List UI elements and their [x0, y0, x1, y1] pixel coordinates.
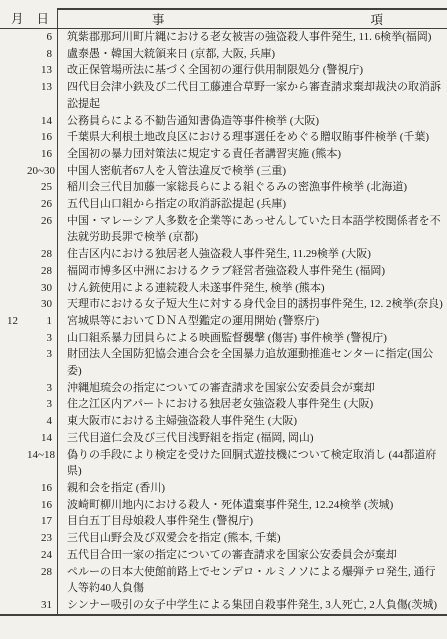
row-day: 3 — [27, 330, 57, 347]
table-row: 13 改正保管場所法に基づく全国初の運行供用制限処分 (警視庁) — [0, 62, 447, 79]
row-month — [0, 346, 27, 379]
row-month — [0, 480, 27, 497]
row-month — [0, 564, 27, 597]
row-event: 沖縄旭琉会の指定についての審査請求を国家公安委員会が棄却 — [57, 380, 447, 397]
row-date-cell: 25 — [0, 179, 57, 196]
row-date-cell: 14~18 — [0, 447, 57, 480]
row-month — [0, 547, 27, 564]
row-date-cell: 31 — [0, 597, 57, 614]
table-row: 3 沖縄旭琉会の指定についての審査請求を国家公安委員会が棄却 — [0, 380, 447, 397]
table-row: 16 全国初の暴力団対策法に規定する責任者講習実施 (熊本) — [0, 146, 447, 163]
row-date-cell: 17 — [0, 513, 57, 530]
row-event: ペルーの日本大使館前路上でセンデロ・ルミノソによる爆弾テロ発生, 通行人等約40… — [57, 564, 447, 597]
table-row: 26 五代目山口組から指定の取消訴訟提起 (兵庫) — [0, 196, 447, 213]
row-day: 14~18 — [27, 447, 60, 480]
row-day: 16 — [27, 146, 57, 163]
table-row: 8 盧泰愚・韓国大統領来日 (京都, 大阪, 兵庫) — [0, 46, 447, 63]
row-date-cell: 30 — [0, 280, 57, 297]
row-day: 20~30 — [27, 163, 60, 180]
row-month: 12 — [0, 313, 27, 330]
row-day: 30 — [27, 296, 57, 313]
row-event: 宮城県等においてＤＮＡ型鑑定の運用開始 (警察庁) — [57, 313, 447, 330]
row-day: 16 — [27, 497, 57, 514]
table-row: 16 波崎町柳川地内における殺人・死体遺棄事件発生, 12.24検挙 (茨城) — [0, 497, 447, 514]
row-month — [0, 213, 27, 246]
table-row: 6 筑紫郡那珂川町片縄における老女被害の強盗殺人事件発生, 11. 6検挙(福岡… — [0, 29, 447, 46]
row-day: 24 — [27, 547, 57, 564]
row-month — [0, 146, 27, 163]
table-row: 28 住吉区内における独居老人強盗殺人事件発生, 11.29検挙 (大阪) — [0, 246, 447, 263]
row-date-cell: 16 — [0, 129, 57, 146]
row-month — [0, 530, 27, 547]
row-month — [0, 447, 27, 480]
table-row: 17 目白五丁目母娘殺人事件発生 (警視庁) — [0, 513, 447, 530]
row-date-cell: 13 — [0, 62, 57, 79]
row-date-cell: 16 — [0, 480, 57, 497]
table-row: 24 五代目合田一家の指定についての審査請求を国家公安委員会が棄却 — [0, 547, 447, 564]
row-event: 全国初の暴力団対策法に規定する責任者講習実施 (熊本) — [57, 146, 447, 163]
month-column-header: 月 — [11, 9, 24, 27]
table-row: 16 千葉県大利根土地改良区における理事選任をめぐる贈収賄事件検挙 (千葉) — [0, 129, 447, 146]
row-day: 16 — [27, 480, 57, 497]
day-column-header: 日 — [37, 9, 50, 27]
row-month — [0, 380, 27, 397]
row-event: 東大阪市における主婦強盗殺人事件発生 (大阪) — [57, 413, 447, 430]
row-day: 13 — [27, 79, 57, 112]
row-event: 千葉県大利根土地改良区における理事選任をめぐる贈収賄事件検挙 (千葉) — [57, 129, 447, 146]
row-event: 五代目合田一家の指定についての審査請求を国家公安委員会が棄却 — [57, 547, 447, 564]
header-month-day: 月 日 — [0, 8, 57, 28]
row-day: 13 — [27, 62, 57, 79]
row-month — [0, 396, 27, 413]
row-day: 3 — [27, 380, 57, 397]
row-event: 住之江区内アパートにおける独居老女強盗殺人事件発生 (大阪) — [57, 396, 447, 413]
row-date-cell: 3 — [0, 330, 57, 347]
row-event: 盧泰愚・韓国大統領来日 (京都, 大阪, 兵庫) — [57, 46, 447, 63]
row-month — [0, 196, 27, 213]
table-row: 25 稲川会三代目加藤一家総長らによる組ぐるみの密漁事件検挙 (北海道) — [0, 179, 447, 196]
row-day: 28 — [27, 246, 57, 263]
row-month — [0, 280, 27, 297]
row-day: 23 — [27, 530, 57, 547]
row-date-cell: 8 — [0, 46, 57, 63]
row-day: 3 — [27, 346, 57, 379]
table-row: 3 山口組系暴力団員らによる映画監督襲撃 (傷害) 事件検挙 (警視庁) — [0, 330, 447, 347]
table-row: 23 三代目山野会及び双愛会を指定 (熊本, 千葉) — [0, 530, 447, 547]
table-body: 6 筑紫郡那珂川町片縄における老女被害の強盗殺人事件発生, 11. 6検挙(福岡… — [0, 29, 447, 614]
row-event: 稲川会三代目加藤一家総長らによる組ぐるみの密漁事件検挙 (北海道) — [57, 179, 447, 196]
row-event: 四代目会津小鉄及び二代目工藤連合草野一家から審査請求棄却裁決の取消訴訟提起 — [57, 79, 447, 112]
row-date-cell: 24 — [0, 547, 57, 564]
chronology-page: 月 日 事 項 6 筑紫郡那珂川町片縄における老女被害の強盗殺人事件発生, 11… — [0, 0, 447, 639]
row-day: 6 — [27, 29, 57, 46]
row-event: 波崎町柳川地内における殺人・死体遺棄事件発生, 12.24検挙 (茨城) — [57, 497, 447, 514]
row-event: 改正保管場所法に基づく全国初の運行供用制限処分 (警視庁) — [57, 62, 447, 79]
row-day: 1 — [27, 313, 57, 330]
table-row: 14 三代目道仁会及び三代目浅野組を指定 (福岡, 岡山) — [0, 430, 447, 447]
row-month — [0, 430, 27, 447]
row-event: 中国・マレーシア人多数を企業等にあっせんしていた日本語学校関係者を不法就労助長罪… — [57, 213, 447, 246]
event-header-right-char: 項 — [370, 10, 383, 28]
row-event: 偽りの手段により検定を受けた回胴式遊技機について検定取消し (44都道府県) — [57, 447, 447, 480]
row-day: 31 — [27, 597, 57, 614]
row-day: 28 — [27, 263, 57, 280]
table-row: 3 住之江区内アパートにおける独居老女強盗殺人事件発生 (大阪) — [0, 396, 447, 413]
row-day: 14 — [27, 430, 57, 447]
row-event: 福岡市博多区中洲におけるクラブ経営者強盗殺人事件発生 (福岡) — [57, 263, 447, 280]
row-month — [0, 513, 27, 530]
row-month — [0, 413, 27, 430]
row-event: 三代目山野会及び双愛会を指定 (熊本, 千葉) — [57, 530, 447, 547]
row-event: 三代目道仁会及び三代目浅野組を指定 (福岡, 岡山) — [57, 430, 447, 447]
row-day: 25 — [27, 179, 57, 196]
row-month — [0, 79, 27, 112]
table-row: 14~18 偽りの手段により検定を受けた回胴式遊技機について検定取消し (44都… — [0, 447, 447, 480]
table-row: 30 けん銃使用による連続殺人未遂事件発生, 検挙 (熊本) — [0, 280, 447, 297]
row-event: 公務員らによる不勧告通知書偽造等事件検挙 (大阪) — [57, 113, 447, 130]
row-date-cell: 16 — [0, 146, 57, 163]
row-day: 8 — [27, 46, 57, 63]
row-event: 筑紫郡那珂川町片縄における老女被害の強盗殺人事件発生, 11. 6検挙(福岡) — [57, 29, 447, 46]
row-day: 17 — [27, 513, 57, 530]
row-day: 30 — [27, 280, 57, 297]
row-day: 26 — [27, 196, 57, 213]
table-row: 14 公務員らによる不勧告通知書偽造等事件検挙 (大阪) — [0, 113, 447, 130]
row-date-cell: 26 — [0, 196, 57, 213]
table-bottom-rule — [0, 614, 447, 616]
row-date-cell: 20~30 — [0, 163, 57, 180]
row-month — [0, 179, 27, 196]
row-date-cell: 28 — [0, 246, 57, 263]
row-day: 28 — [27, 564, 57, 597]
row-day: 26 — [27, 213, 57, 246]
event-column-header: 事 項 — [57, 8, 447, 28]
row-date-cell: 16 — [0, 497, 57, 514]
table-header: 月 日 事 項 — [0, 8, 447, 29]
row-date-cell: 14 — [0, 430, 57, 447]
row-event: 天理市における女子短大生に対する身代金目的誘拐事件発生, 12. 2検挙(奈良) — [57, 296, 447, 313]
row-date-cell: 6 — [0, 29, 57, 46]
row-date-cell: 14 — [0, 113, 57, 130]
table-row: 26 中国・マレーシア人多数を企業等にあっせんしていた日本語学校関係者を不法就労… — [0, 213, 447, 246]
table-row: 20~30 中国人密航者67人を入管法違反で検挙 (三重) — [0, 163, 447, 180]
row-event: 財団法人全国防犯協会連合会を全国暴力追放運動推進センターに指定(国公委) — [57, 346, 447, 379]
table-row: 28 ペルーの日本大使館前路上でセンデロ・ルミノソによる爆弾テロ発生, 通行人等… — [0, 564, 447, 597]
row-date-cell: 26 — [0, 213, 57, 246]
row-day: 16 — [27, 129, 57, 146]
row-date-cell: 12 1 — [0, 313, 57, 330]
row-event: シンナー吸引の女子中学生による集団自殺事件発生, 3人死亡, 2人負傷(茨城) — [57, 597, 447, 614]
row-month — [0, 497, 27, 514]
row-month — [0, 246, 27, 263]
row-event: 中国人密航者67人を入管法違反で検挙 (三重) — [57, 163, 447, 180]
table-row: 3 財団法人全国防犯協会連合会を全国暴力追放運動推進センターに指定(国公委) — [0, 346, 447, 379]
row-month — [0, 296, 27, 313]
row-event: けん銃使用による連続殺人未遂事件発生, 検挙 (熊本) — [57, 280, 447, 297]
table-row: 13 四代目会津小鉄及び二代目工藤連合草野一家から審査請求棄却裁決の取消訴訟提起 — [0, 79, 447, 112]
row-month — [0, 62, 27, 79]
row-date-cell: 4 — [0, 413, 57, 430]
event-header-left-char: 事 — [152, 10, 165, 28]
row-day: 14 — [27, 113, 57, 130]
row-month — [0, 263, 27, 280]
row-event: 山口組系暴力団員らによる映画監督襲撃 (傷害) 事件検挙 (警視庁) — [57, 330, 447, 347]
table-row: 31 シンナー吸引の女子中学生による集団自殺事件発生, 3人死亡, 2人負傷(茨… — [0, 597, 447, 614]
row-date-cell: 3 — [0, 396, 57, 413]
row-month — [0, 330, 27, 347]
table-row: 4 東大阪市における主婦強盗殺人事件発生 (大阪) — [0, 413, 447, 430]
row-day: 4 — [27, 413, 57, 430]
row-date-cell: 3 — [0, 380, 57, 397]
row-date-cell: 28 — [0, 564, 57, 597]
row-date-cell: 23 — [0, 530, 57, 547]
row-event: 親和会を指定 (香川) — [57, 480, 447, 497]
row-month — [0, 129, 27, 146]
row-month — [0, 163, 27, 180]
row-date-cell: 13 — [0, 79, 57, 112]
row-event: 五代目山口組から指定の取消訴訟提起 (兵庫) — [57, 196, 447, 213]
row-month — [0, 46, 27, 63]
row-month — [0, 29, 27, 46]
row-date-cell: 28 — [0, 263, 57, 280]
table-row: 30 天理市における女子短大生に対する身代金目的誘拐事件発生, 12. 2検挙(… — [0, 296, 447, 313]
row-date-cell: 30 — [0, 296, 57, 313]
table-row: 28 福岡市博多区中洲におけるクラブ経営者強盗殺人事件発生 (福岡) — [0, 263, 447, 280]
row-date-cell: 3 — [0, 346, 57, 379]
row-month — [0, 597, 27, 614]
row-event: 目白五丁目母娘殺人事件発生 (警視庁) — [57, 513, 447, 530]
table-row: 16 親和会を指定 (香川) — [0, 480, 447, 497]
row-event: 住吉区内における独居老人強盗殺人事件発生, 11.29検挙 (大阪) — [57, 246, 447, 263]
row-day: 3 — [27, 396, 57, 413]
row-month — [0, 113, 27, 130]
table-row: 12 1 宮城県等においてＤＮＡ型鑑定の運用開始 (警察庁) — [0, 313, 447, 330]
